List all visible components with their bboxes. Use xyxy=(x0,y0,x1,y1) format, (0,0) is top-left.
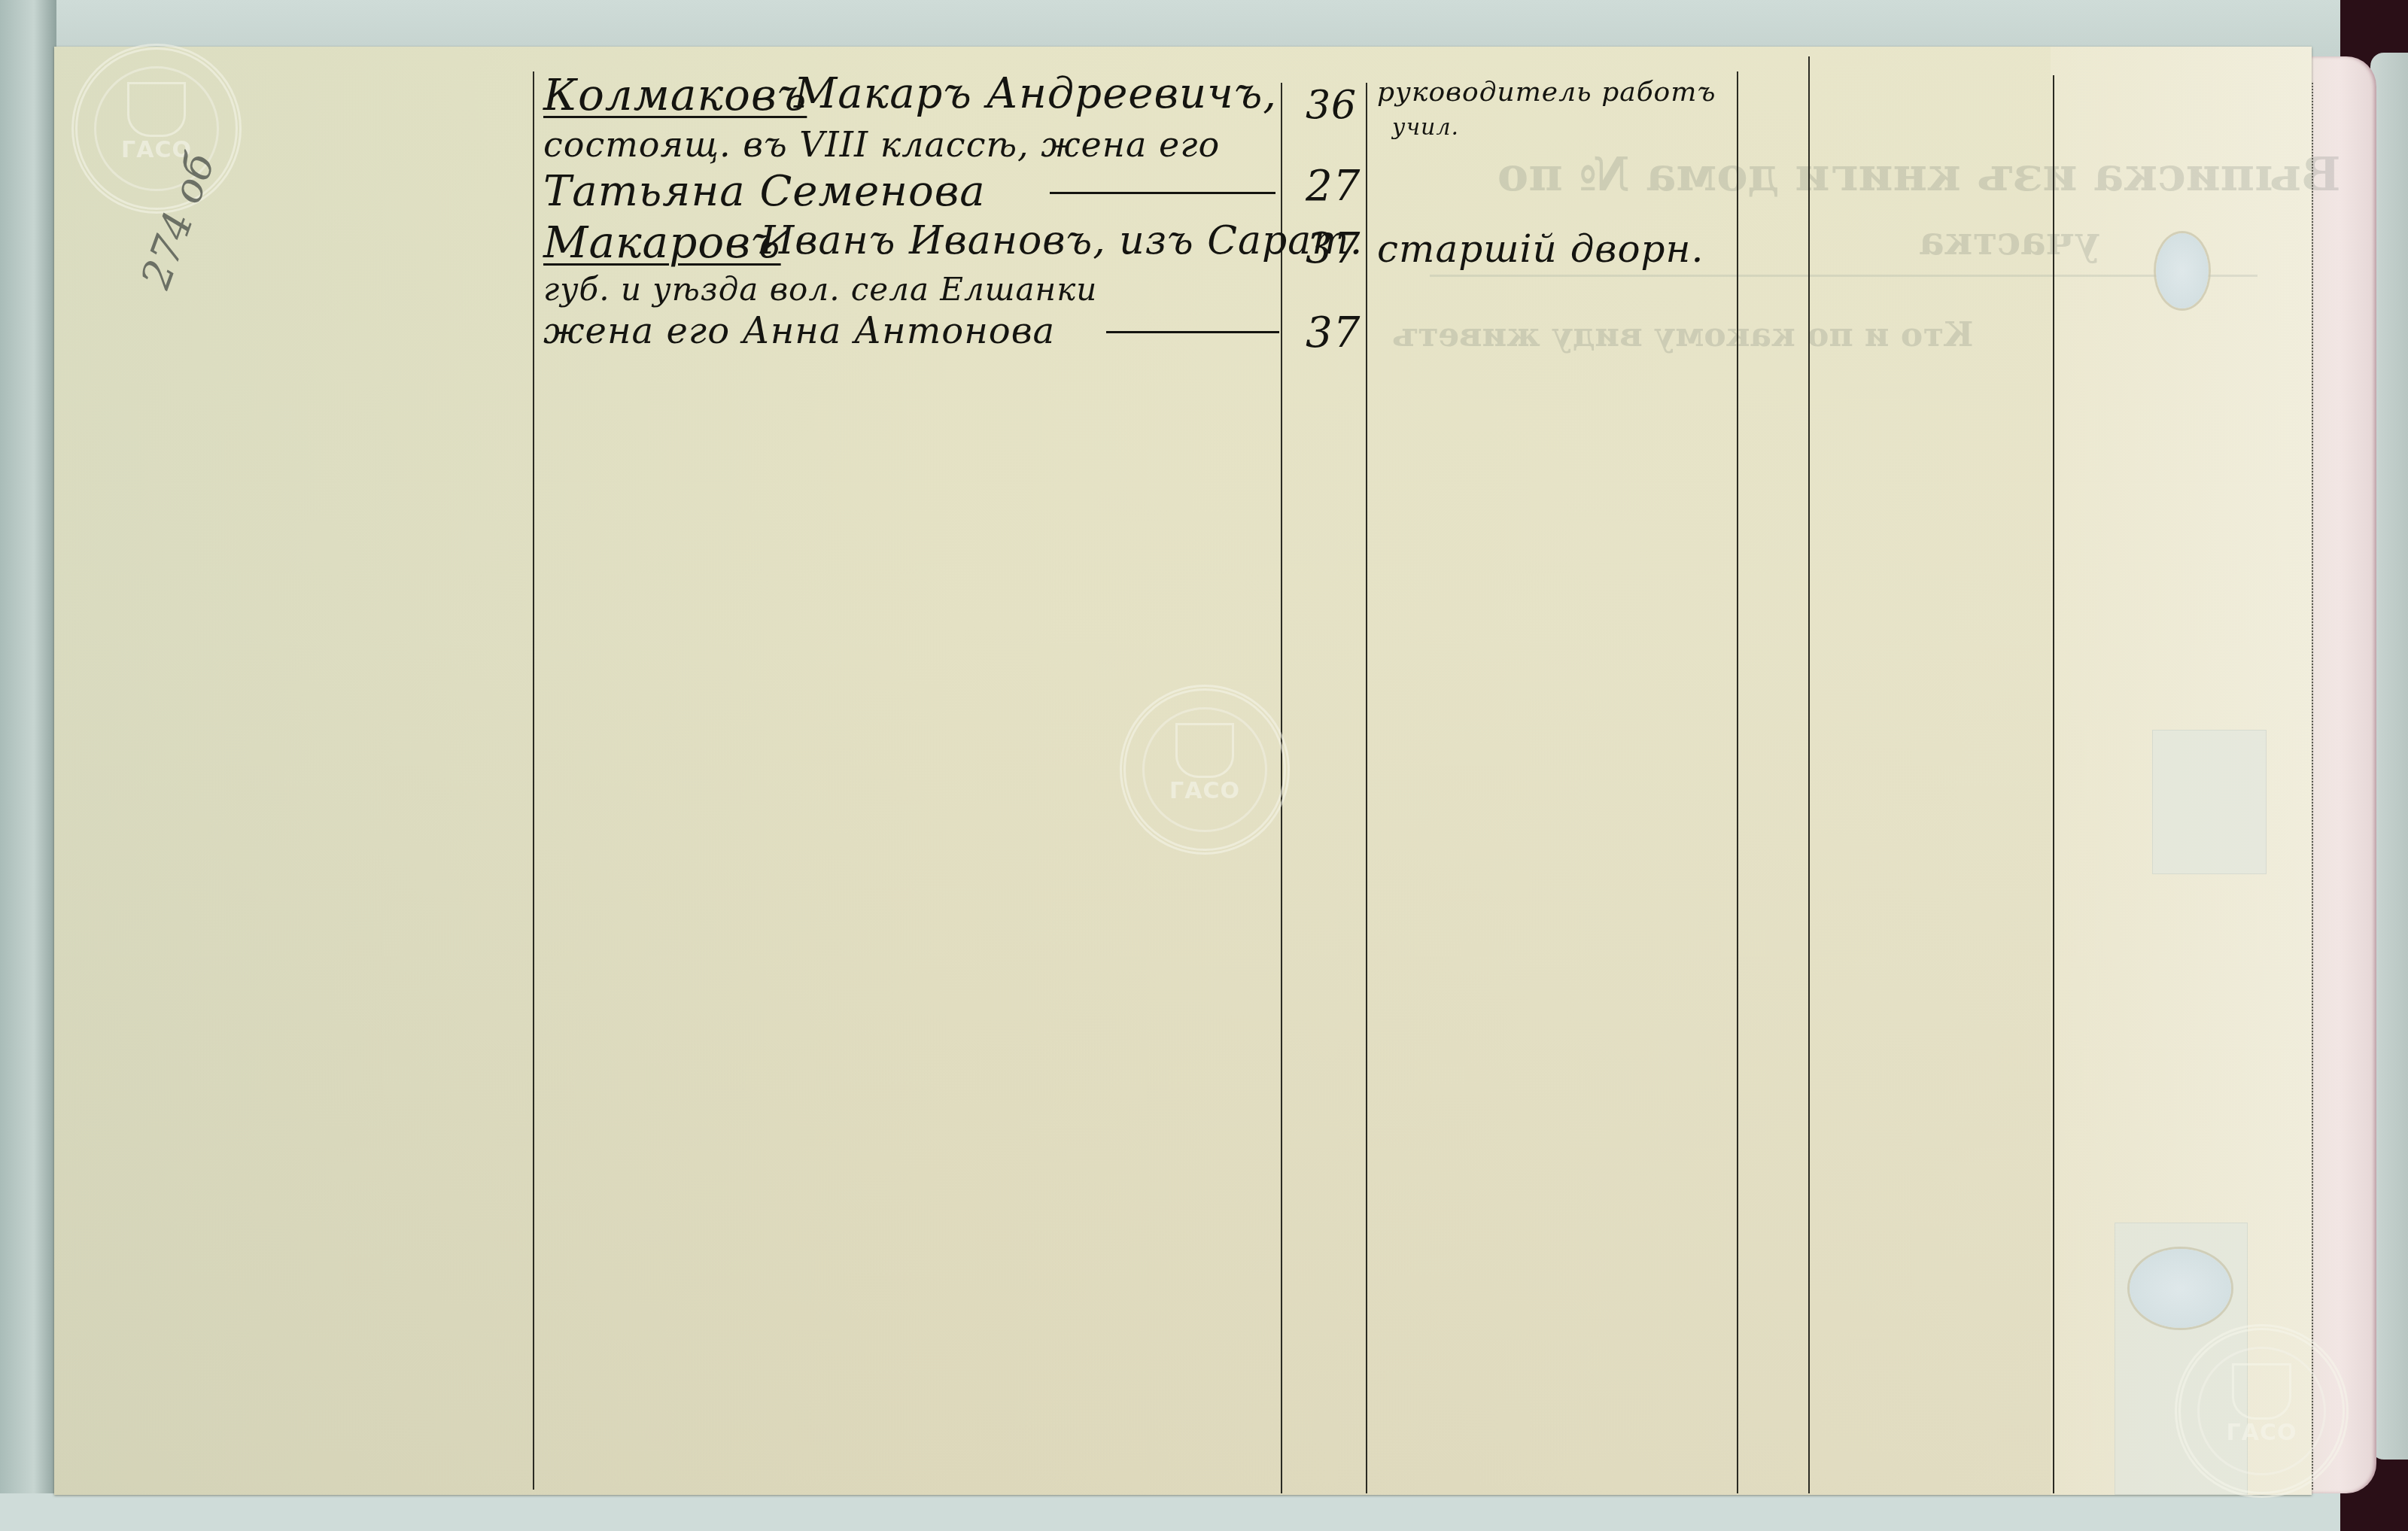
entry-surname: Колмаковъ xyxy=(543,69,807,120)
entry-occupation-cont: учил. xyxy=(1392,114,1459,141)
bleed-through-subheader: участка xyxy=(1919,218,2099,264)
archive-watermark-bottom-right: ГАСО xyxy=(2175,1324,2349,1498)
entry-age-husband: 37 xyxy=(1306,224,1361,273)
bleed-through-column-header: Кто и по какому виду живетъ xyxy=(1392,316,1974,354)
entry-status-line: состоящ. въ VIII классѣ, жена его xyxy=(543,124,1220,165)
column-rule-3 xyxy=(1366,83,1367,1493)
page-stack-edge xyxy=(2303,56,2376,1493)
entry-name-rest: Макаръ Андреевичъ, xyxy=(794,69,1277,118)
binding-hole-bottom xyxy=(2130,1249,2231,1328)
entry-occupation: руководитель работъ xyxy=(1377,77,1716,108)
entry-origin-line: губ. и уѣзда вол. села Елшанки xyxy=(543,271,1097,308)
scanner-background-bottom xyxy=(0,1493,2408,1531)
bleed-through-rule xyxy=(1430,275,2257,277)
entry-age-wife: 37 xyxy=(1306,308,1361,357)
fill-line xyxy=(1106,331,1279,333)
entry-name-rest: Иванъ Ивановъ, изъ Сарат. xyxy=(760,218,1363,263)
archive-watermark-center: ГАСО xyxy=(1120,685,1290,855)
column-rule-6 xyxy=(2053,75,2054,1493)
entry-wife-line: Татьяна Семенова xyxy=(543,167,986,216)
scanner-background-left xyxy=(0,0,56,1531)
bleed-through-header: Выписка изъ книги дома № по xyxy=(1497,147,2341,202)
entry-wife-line: жена его Анна Антонова xyxy=(543,310,1055,352)
entry-age-wife: 27 xyxy=(1306,162,1361,211)
entry-occupation: старшій дворн. xyxy=(1377,227,1704,271)
fill-line xyxy=(1050,192,1275,194)
page-edge-rule xyxy=(2312,83,2313,1490)
entry-age-husband: 36 xyxy=(1306,83,1357,128)
binding-hole-top xyxy=(2156,233,2209,308)
column-rule-5 xyxy=(1808,56,1810,1493)
repair-patch-middle xyxy=(2152,730,2267,874)
column-rule-4 xyxy=(1737,71,1738,1493)
column-rule-1 xyxy=(533,71,534,1490)
entry-surname: Макаровъ xyxy=(543,217,781,268)
archive-watermark-top-left: ГАСО xyxy=(71,44,242,214)
